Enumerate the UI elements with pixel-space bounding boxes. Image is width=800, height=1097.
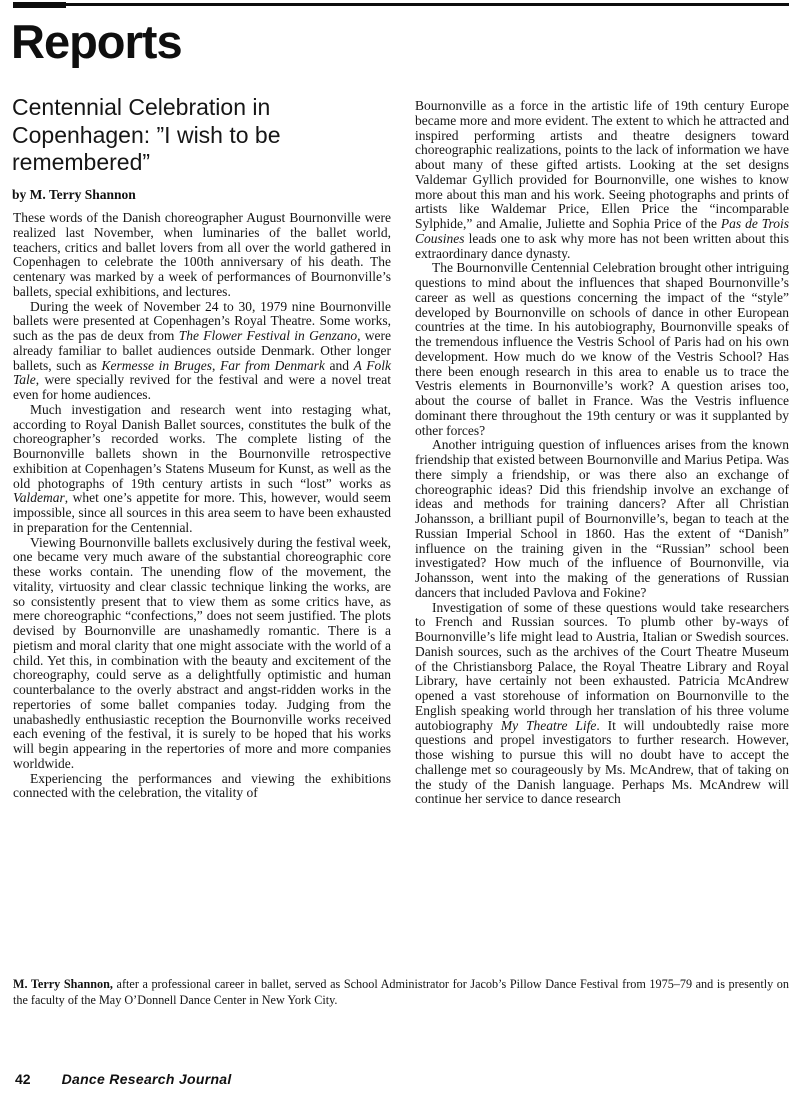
header-rule-thick-segment: [13, 2, 66, 8]
journal-page: Reports Centennial Celebration in Copenh…: [0, 0, 800, 1097]
body-paragraph: The Bournonville Centennial Celebration …: [415, 261, 789, 438]
body-paragraph: Investigation of some of these questions…: [415, 601, 789, 808]
body-paragraph: These words of the Danish choreographer …: [13, 211, 391, 300]
article-right-column: Bournonville as a force in the artistic …: [415, 99, 789, 807]
body-paragraph: Another intriguing question of influence…: [415, 438, 789, 600]
body-paragraph: During the week of November 24 to 30, 19…: [13, 300, 391, 403]
header-rule: [13, 2, 789, 8]
article-left-column: These words of the Danish choreographer …: [13, 211, 391, 801]
journal-title: Dance Research Journal: [62, 1071, 232, 1087]
article-byline: by M. Terry Shannon: [12, 187, 136, 203]
header-rule-thin-segment: [66, 3, 789, 6]
page-number: 42: [15, 1071, 31, 1087]
page-footer: 42 Dance Research Journal: [15, 1071, 232, 1087]
section-title: Reports: [11, 14, 182, 69]
body-paragraph: Experiencing the performances and viewin…: [13, 772, 391, 802]
author-footnote: M. Terry Shannon, after a professional c…: [13, 977, 789, 1008]
body-paragraph: Bournonville as a force in the artistic …: [415, 99, 789, 261]
article-title: Centennial Celebration in Copenhagen: ”I…: [12, 94, 362, 177]
body-paragraph: Viewing Bournonville ballets exclusively…: [13, 536, 391, 772]
body-paragraph: Much investigation and research went int…: [13, 403, 391, 536]
